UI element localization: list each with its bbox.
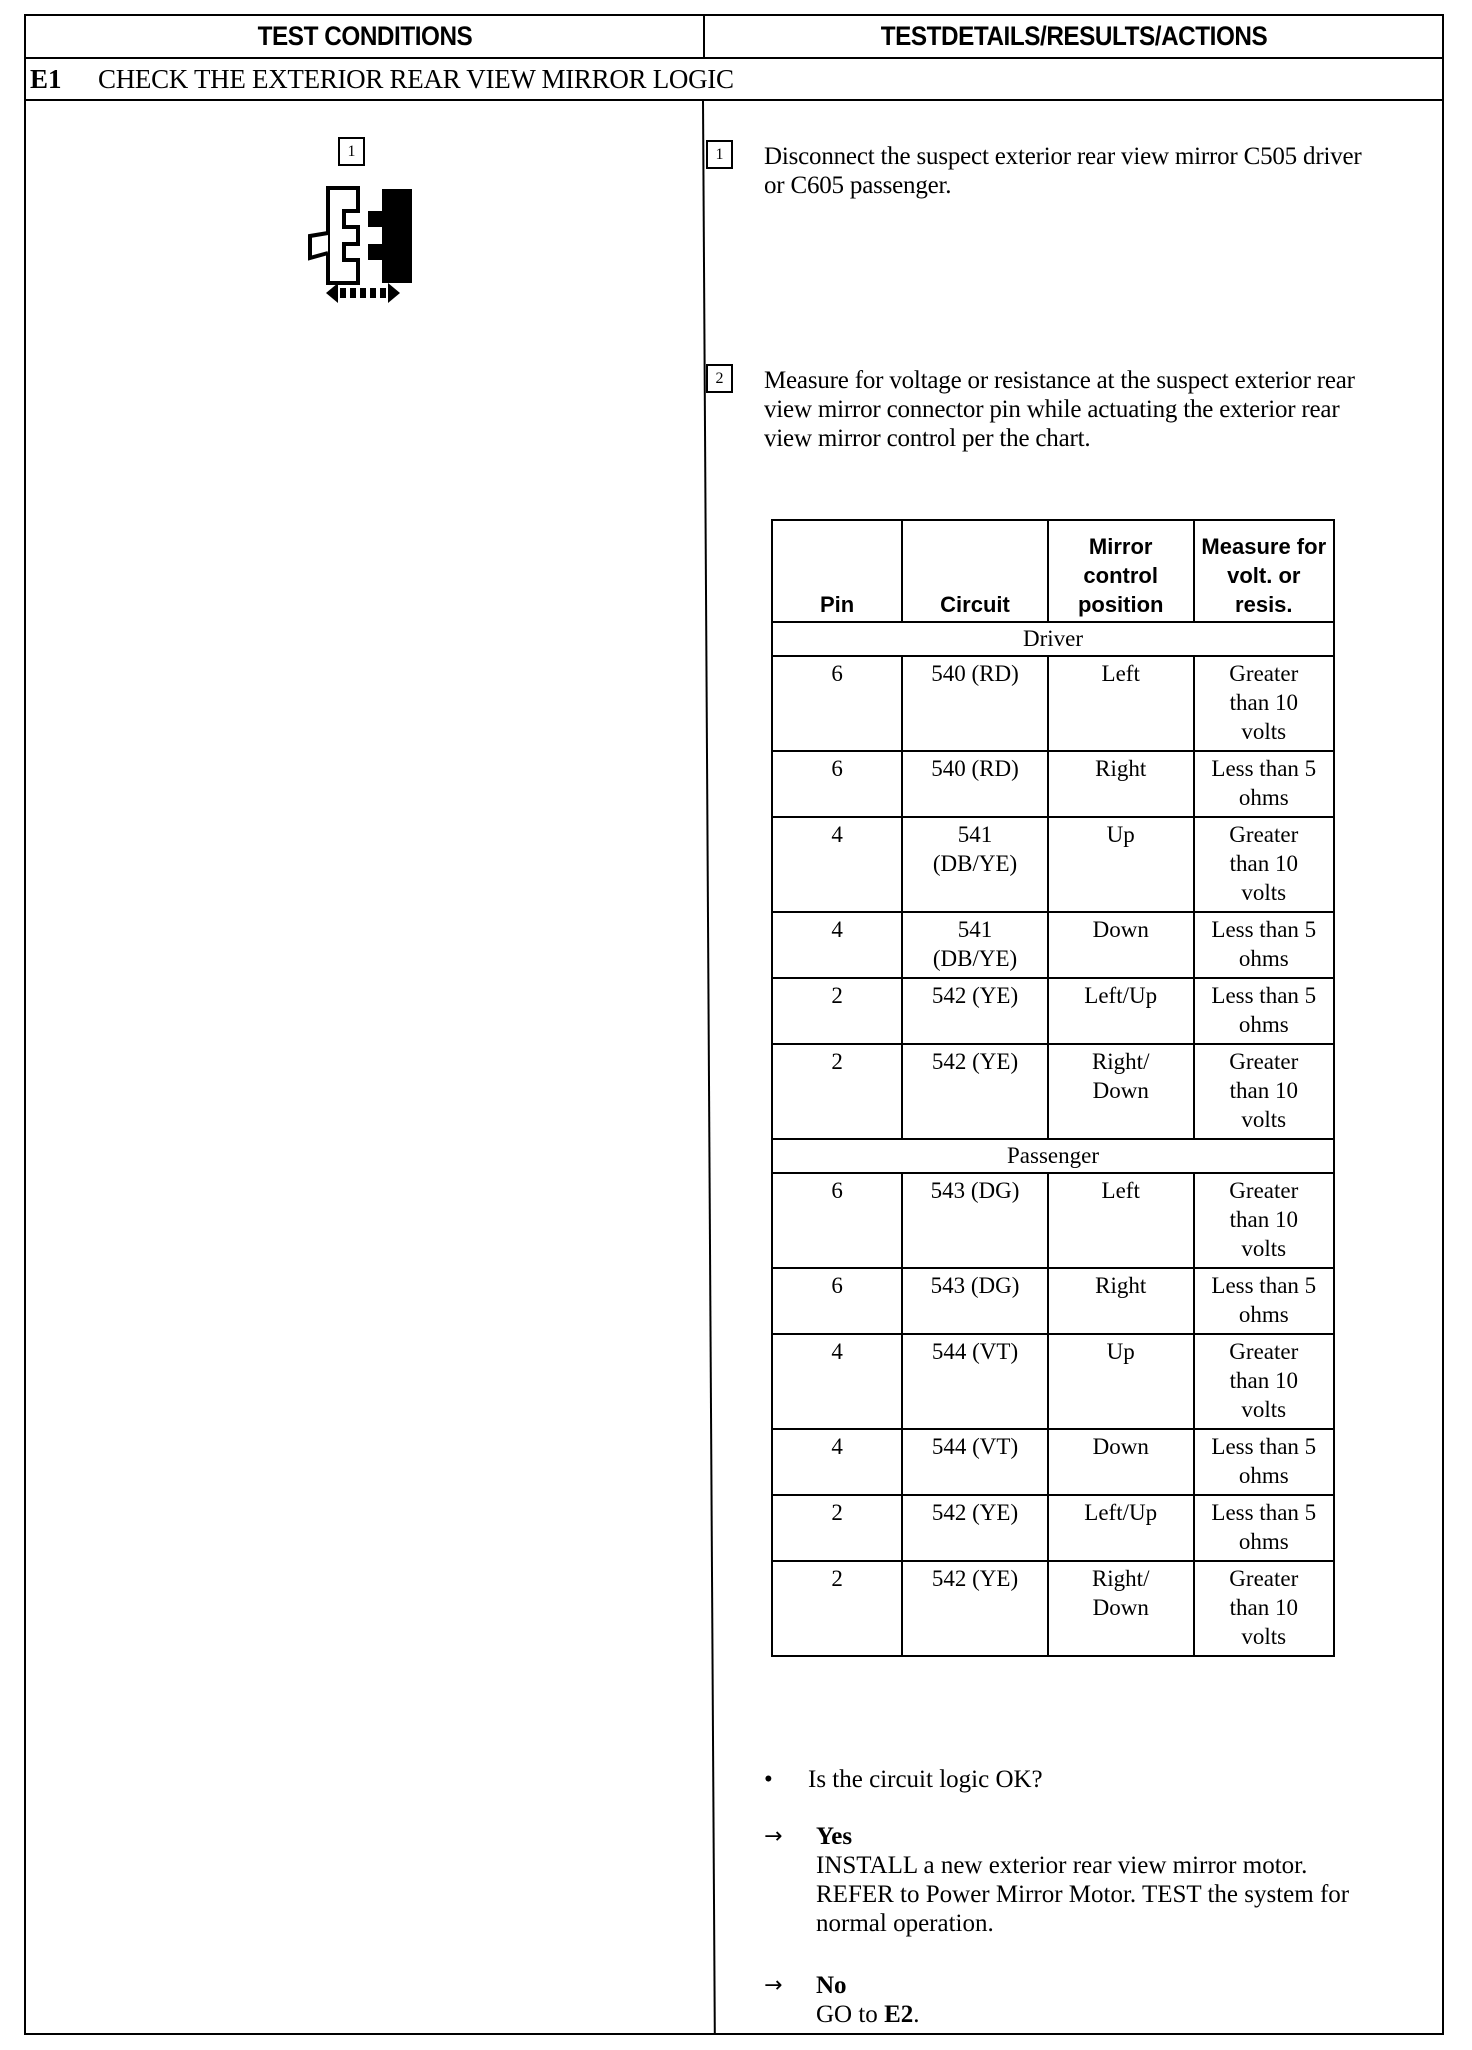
cell-measure: Greater than 10 volts xyxy=(1194,1561,1334,1656)
cell-position: Right/ Down xyxy=(1048,1044,1194,1139)
goto-step-link[interactable]: E2 xyxy=(884,2001,913,2028)
pin-measurement-chart: Pin Circuit Mirror control position Meas… xyxy=(771,519,1335,1657)
cell-circuit: 543 (DG) xyxy=(902,1173,1048,1268)
cell-measure: Less than 5 ohms xyxy=(1194,751,1334,817)
section-code: E1 xyxy=(30,64,98,95)
no-action-prefix: GO to xyxy=(816,2001,884,2028)
question-line: • Is the circuit logic OK? xyxy=(764,1766,1043,1794)
cell-pin: 4 xyxy=(772,912,902,978)
cell-pin: 4 xyxy=(772,817,902,912)
cell-circuit: 542 (YE) xyxy=(902,978,1048,1044)
yes-label: Yes xyxy=(816,1822,1376,1851)
yes-branch: → Yes INSTALL a new exterior rear view m… xyxy=(764,1822,1376,1938)
arrow-right-icon: → xyxy=(764,1822,816,1938)
header-test-conditions: TEST CONDITIONS xyxy=(60,16,670,57)
cell-position: Left xyxy=(1048,656,1194,751)
cell-position: Left/Up xyxy=(1048,978,1194,1044)
table-row: 2542 (YE)Left/UpLess than 5 ohms xyxy=(772,1495,1334,1561)
no-label: No xyxy=(816,1971,1376,2000)
cell-circuit: 540 (RD) xyxy=(902,656,1048,751)
cell-measure: Greater than 10 volts xyxy=(1194,1044,1334,1139)
cell-pin: 6 xyxy=(772,1268,902,1334)
chart-header-row: Pin Circuit Mirror control position Meas… xyxy=(772,520,1334,622)
chart-group-row: Driver xyxy=(772,622,1334,656)
arrow-right-icon: → xyxy=(764,1971,816,2029)
table-row: 4544 (VT)DownLess than 5 ohms xyxy=(772,1429,1334,1495)
cell-measure: Greater than 10 volts xyxy=(1194,1173,1334,1268)
column-header-position: Mirror control position xyxy=(1048,520,1194,622)
cell-pin: 6 xyxy=(772,1173,902,1268)
table-row: 6543 (DG)LeftGreater than 10 volts xyxy=(772,1173,1334,1268)
cell-pin: 2 xyxy=(772,1044,902,1139)
cell-measure: Greater than 10 volts xyxy=(1194,656,1334,751)
cell-position: Down xyxy=(1048,1429,1194,1495)
table-row: 2542 (YE)Right/ DownGreater than 10 volt… xyxy=(772,1044,1334,1139)
header-divider xyxy=(703,16,705,57)
cell-circuit: 540 (RD) xyxy=(902,751,1048,817)
cell-circuit: 544 (VT) xyxy=(902,1334,1048,1429)
header-test-details: TESTDETAILS/RESULTS/ACTIONS xyxy=(741,16,1407,57)
cell-position: Right xyxy=(1048,1268,1194,1334)
cell-measure: Less than 5 ohms xyxy=(1194,1495,1334,1561)
cell-circuit: 544 (VT) xyxy=(902,1429,1048,1495)
step-2-text: Measure for voltage or resistance at the… xyxy=(764,366,1364,453)
table-row: 6540 (RD)LeftGreater than 10 volts xyxy=(772,656,1334,751)
cell-circuit: 541 (DB/YE) xyxy=(902,912,1048,978)
table-row: 4544 (VT)UpGreater than 10 volts xyxy=(772,1334,1334,1429)
cell-pin: 6 xyxy=(772,656,902,751)
no-action-text: GO to E2. xyxy=(816,2000,1376,2029)
cell-position: Right xyxy=(1048,751,1194,817)
step-1-text: Disconnect the suspect exterior rear vie… xyxy=(764,142,1364,200)
cell-pin: 6 xyxy=(772,751,902,817)
connector-disconnect-icon xyxy=(290,133,420,308)
cell-position: Left/Up xyxy=(1048,1495,1194,1561)
step-1-marker: 1 xyxy=(706,140,733,169)
question-text: Is the circuit logic OK? xyxy=(808,1766,1043,1794)
section-title: CHECK THE EXTERIOR REAR VIEW MIRROR LOGI… xyxy=(98,64,734,95)
cell-measure: Greater than 10 volts xyxy=(1194,817,1334,912)
cell-pin: 4 xyxy=(772,1429,902,1495)
cell-measure: Greater than 10 volts xyxy=(1194,1334,1334,1429)
cell-circuit: 542 (YE) xyxy=(902,1561,1048,1656)
cell-pin: 4 xyxy=(772,1334,902,1429)
cell-position: Up xyxy=(1048,1334,1194,1429)
cell-measure: Less than 5 ohms xyxy=(1194,912,1334,978)
no-branch: → No GO to E2. xyxy=(764,1971,1376,2029)
cell-position: Up xyxy=(1048,817,1194,912)
cell-measure: Less than 5 ohms xyxy=(1194,1429,1334,1495)
column-header-pin: Pin xyxy=(772,520,902,622)
table-header-row: TEST CONDITIONS TESTDETAILS/RESULTS/ACTI… xyxy=(26,16,1442,59)
cell-pin: 2 xyxy=(772,978,902,1044)
cell-pin: 2 xyxy=(772,1495,902,1561)
cell-circuit: 542 (YE) xyxy=(902,1044,1048,1139)
step-2-marker: 2 xyxy=(706,364,733,393)
table-row: 6543 (DG)RightLess than 5 ohms xyxy=(772,1268,1334,1334)
cell-measure: Less than 5 ohms xyxy=(1194,1268,1334,1334)
cell-measure: Less than 5 ohms xyxy=(1194,978,1334,1044)
table-row: 2542 (YE)Left/UpLess than 5 ohms xyxy=(772,978,1334,1044)
cell-pin: 2 xyxy=(772,1561,902,1656)
table-row: 6540 (RD)RightLess than 5 ohms xyxy=(772,751,1334,817)
cell-circuit: 541 (DB/YE) xyxy=(902,817,1048,912)
table-row: 2542 (YE)Right/ DownGreater than 10 volt… xyxy=(772,1561,1334,1656)
group-label: Passenger xyxy=(772,1139,1334,1173)
bullet-icon: • xyxy=(764,1766,808,1794)
table-row: 4541 (DB/YE)UpGreater than 10 volts xyxy=(772,817,1334,912)
section-title-row: E1 CHECK THE EXTERIOR REAR VIEW MIRROR L… xyxy=(26,59,1442,101)
yes-action-text: INSTALL a new exterior rear view mirror … xyxy=(816,1851,1376,1938)
group-label: Driver xyxy=(772,622,1334,656)
cell-circuit: 542 (YE) xyxy=(902,1495,1048,1561)
cell-position: Down xyxy=(1048,912,1194,978)
column-header-measure: Measure for volt. or resis. xyxy=(1194,520,1334,622)
chart-group-row: Passenger xyxy=(772,1139,1334,1173)
cell-circuit: 543 (DG) xyxy=(902,1268,1048,1334)
cell-position: Right/ Down xyxy=(1048,1561,1194,1656)
table-row: 4541 (DB/YE)DownLess than 5 ohms xyxy=(772,912,1334,978)
cell-position: Left xyxy=(1048,1173,1194,1268)
column-header-circuit: Circuit xyxy=(902,520,1048,622)
no-action-suffix: . xyxy=(913,2001,919,2028)
